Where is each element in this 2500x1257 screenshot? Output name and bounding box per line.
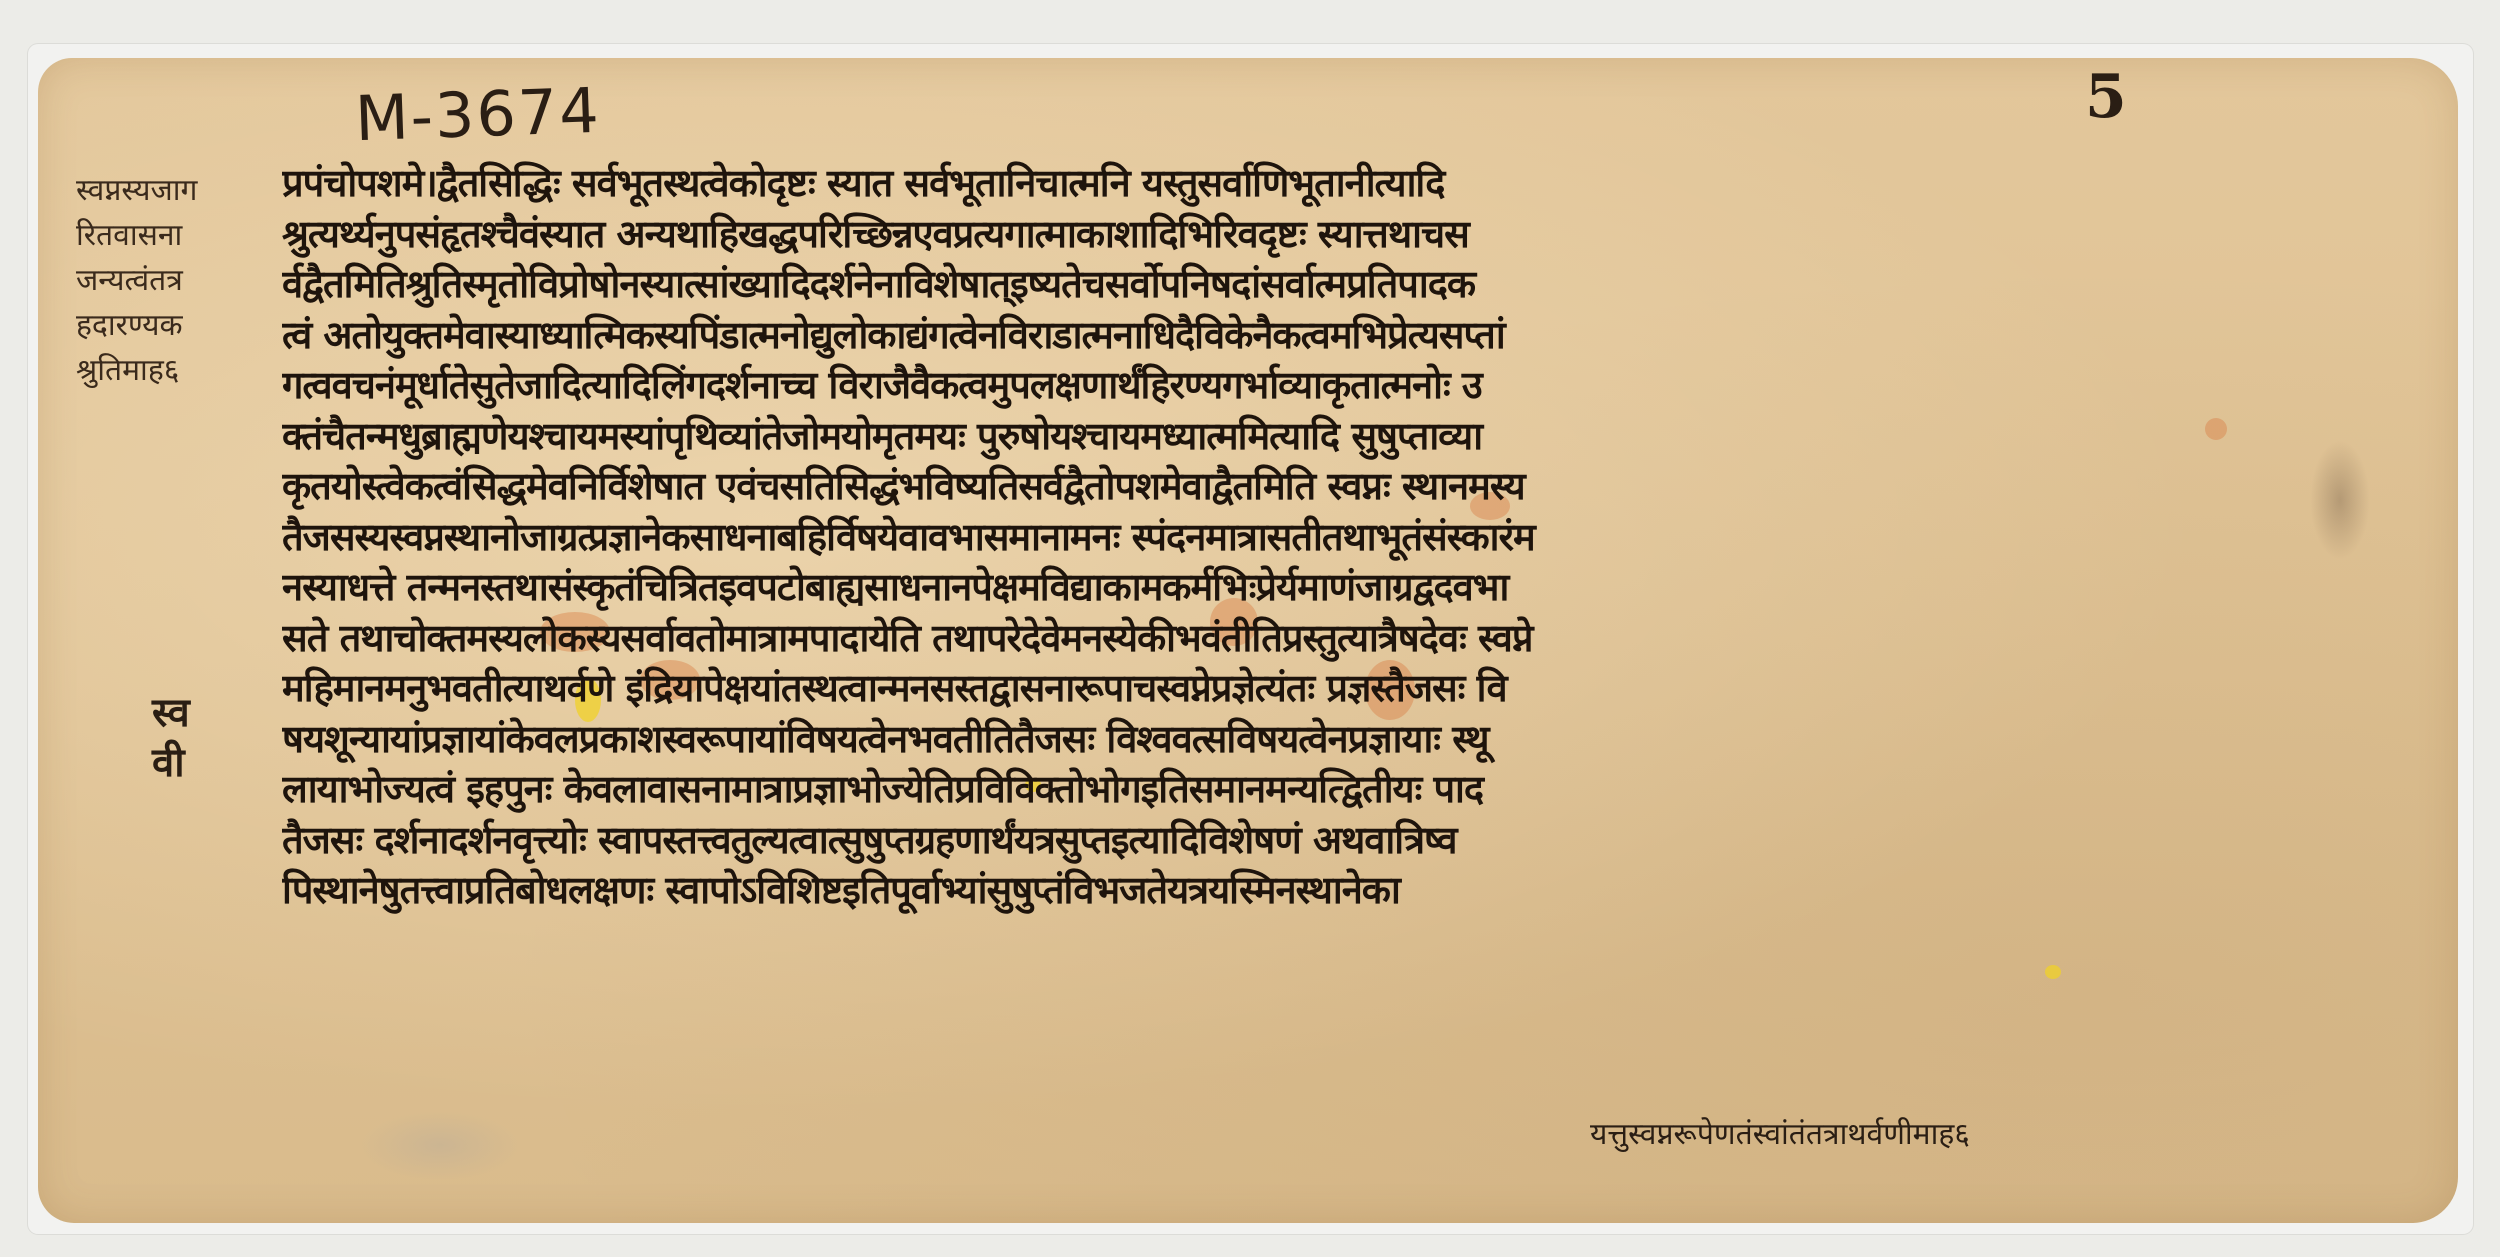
faint-stamp: [360, 1110, 520, 1180]
margin-siglum: स्व वी: [152, 688, 190, 788]
text-line: प्रपंचोपशमे।द्वैतसिद्धिः सर्वभूतस्थत्वेक…: [282, 158, 2232, 209]
text-line: महिमानमनुभवतीत्याथर्वणे इंद्रियापेक्षयां…: [282, 663, 2232, 714]
text-line: कृतयोस्त्वेकत्वंसिद्धमेवनिर्विशेषात एवंच…: [282, 461, 2232, 512]
text-line: त्वं अतोयुक्तमेवास्याध्यात्मिकस्यपिंडात्…: [282, 310, 2232, 361]
page-number: 5: [2085, 62, 2127, 132]
text-line: श्रुत्यर्थ्यनुपसंहृतश्चैवंस्यात अन्यथाहि…: [282, 209, 2232, 260]
margin-siglum-line: स्व: [152, 688, 190, 738]
margin-note-line: जन्यत्वंतत्र: [76, 258, 276, 303]
margin-note-line: हदारण्यक: [76, 303, 276, 348]
text-line: तैजसस्यस्वप्नस्थानोजाग्रत्प्रज्ञानेकसाधन…: [282, 512, 2232, 563]
text-line: षयशून्यायांप्रज्ञायांकेवलप्रकाशस्वरूपाया…: [282, 714, 2232, 765]
text-line: गत्ववचनंमूर्धातेसुतेजादित्यादिलिंगदर्शना…: [282, 360, 2232, 411]
margin-note-line: स्वप्नस्यजाग: [76, 168, 276, 213]
margin-note-line: रितवासना: [76, 213, 276, 258]
text-line: क्तंचैतन्मधुब्राह्मणेयश्चायमस्यांपृथिव्य…: [282, 411, 2232, 462]
text-line: नस्याधत्ते तन्मनस्तथासंस्कृतंचित्रितइवपट…: [282, 562, 2232, 613]
ink-smudge: [2310, 440, 2370, 560]
text-line: लायाभोज्यत्वं इहपुनः केवलावासनामात्राप्र…: [282, 764, 2232, 815]
shelfmark-label: M-3674: [354, 74, 602, 156]
margin-siglum-line: वी: [152, 738, 190, 788]
text-line: पिस्थानेषुतत्त्वाप्रतिबोधलक्षणः स्वापोऽव…: [282, 865, 2232, 916]
main-text-block: प्रपंचोपशमे।द्वैतसिद्धिः सर्वभूतस्थत्वेक…: [282, 158, 2232, 916]
margin-note: स्वप्नस्यजाग रितवासना जन्यत्वंतत्र हदारण…: [76, 168, 276, 393]
text-line: सते तथाचोक्तमस्यलोकस्यसर्वावतोमात्रामपाद…: [282, 613, 2232, 664]
footnote-line: यत्तुस्वप्नरूपेणतंस्वांतंतत्राथर्वणीमाह६: [1590, 1112, 1970, 1153]
margin-note-line: श्रुतिमाह६: [76, 348, 276, 393]
text-line: तैजसः दर्शनादर्शनवृत्त्योः स्वापस्तत्त्व…: [282, 815, 2232, 866]
text-line: र्वद्वैतमितिश्रुतिस्मृतोविप्रोषोनस्यात्स…: [282, 259, 2232, 310]
